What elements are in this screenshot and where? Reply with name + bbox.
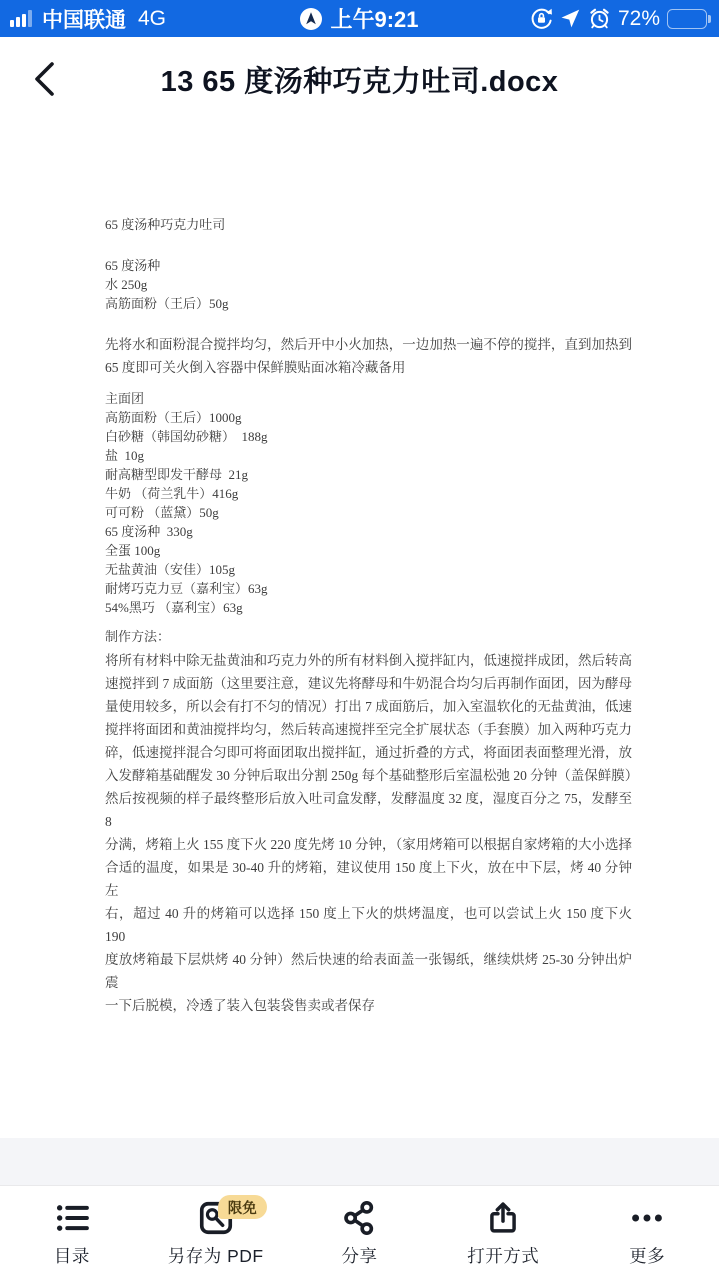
orientation-lock-icon [530, 7, 553, 30]
bottom-toolbar: 目录 限免 另存为 PDF 分享 [0, 1185, 719, 1280]
doc-blank-line [105, 313, 632, 333]
battery-percent-label: 72% [618, 7, 660, 31]
doc-line: 然后按视频的样子最终整形后放入吐司盒发酵，发酵温度 32 度，湿度百分之 75，… [105, 787, 632, 833]
doc-line: 65 度汤种 330g [105, 522, 632, 541]
navigation-circle-icon [300, 8, 322, 30]
toolbar-item-share[interactable]: 分享 [288, 1186, 432, 1280]
doc-blank-line [105, 234, 632, 256]
toolbar-item-label: 分享 [341, 1243, 377, 1268]
toolbar-item-more[interactable]: 更多 [575, 1186, 719, 1280]
share-nodes-icon [340, 1199, 378, 1237]
screen: 中国联通 4G 上午9:21 [0, 0, 719, 1280]
chevron-left-icon [33, 61, 55, 97]
doc-line: 65 度即可关火倒入容器中保鲜膜贴面冰箱冷藏备用 [105, 356, 632, 379]
doc-line: 合适的温度，如果是 30-40 升的烤箱，建议使用 150 度上下火，放在中下层… [105, 856, 632, 902]
doc-line: 先将水和面粉混合搅拌均匀，然后开中小火加热，一边加热一遍不停的搅拌，直到加热到 [105, 333, 632, 356]
free-badge: 限免 [218, 1195, 267, 1219]
doc-line: 一下后脱模，冷透了装入包装袋售卖或者保存 [105, 994, 632, 1017]
doc-line: 全蛋 100g [105, 541, 632, 560]
back-button[interactable] [18, 37, 70, 121]
toolbar-item-open-with[interactable]: 打开方式 [431, 1186, 575, 1280]
time-label: 上午9:21 [330, 3, 418, 34]
doc-line: 度放烤箱最下层烘烤 40 分钟）然后快速的给表面盖一张锡纸，继续烘烤 25-30… [105, 948, 632, 994]
viewer-background-strip [0, 1138, 719, 1185]
doc-page[interactable]: 65 度汤种巧克力吐司65 度汤种水 250g高筋面粉（王后）50g先将水和面粉… [0, 121, 719, 1138]
doc-line: 牛奶 （荷兰乳牛）416g [105, 484, 632, 503]
doc-line: 水 250g [105, 275, 632, 294]
doc-line: 碎，低速搅拌混合匀即可将面团取出搅拌缸，通过折叠的方式，将面团表面整理光滑，放 [105, 741, 632, 764]
doc-line: 白砂糖（韩国幼砂糖） 188g [105, 427, 632, 446]
doc-line: 54%黑巧 （嘉利宝）63g [105, 598, 632, 617]
doc-blank-line [105, 617, 632, 627]
location-arrow-icon [560, 8, 581, 29]
doc-line: 将所有材料中除无盐黄油和巧克力外的所有材料倒入搅拌缸内，低速搅拌成团，然后转高 [105, 649, 632, 672]
toc-list-icon [53, 1199, 91, 1237]
doc-line: 可可粉 （蓝黛）50g [105, 503, 632, 522]
doc-line: 高筋面粉（王后）50g [105, 294, 632, 313]
more-dots-icon [628, 1199, 666, 1237]
toolbar-item-label: 更多 [629, 1243, 665, 1268]
doc-blank-line [105, 379, 632, 389]
doc-line: 分满，烤箱上火 155 度下火 220 度先烤 10 分钟，（家用烤箱可以根据自… [105, 833, 632, 856]
status-right-group: 72% [530, 0, 713, 37]
doc-line: 盐 10g [105, 446, 632, 465]
doc-line: 65 度汤种 [105, 256, 632, 275]
doc-line: 量使用较多，所以会有打不匀的情况）打出 7 成面筋后，加入室温软化的无盐黄油，低… [105, 695, 632, 718]
document-title: 13 65 度汤种巧克力吐司.docx [161, 59, 559, 100]
doc-line: 耐高糖型即发干酵母 21g [105, 465, 632, 484]
status-bar: 中国联通 4G 上午9:21 [0, 0, 719, 37]
toolbar-item-label: 另存为 PDF [168, 1243, 264, 1268]
doc-text-block: 65 度汤种巧克力吐司65 度汤种水 250g高筋面粉（王后）50g先将水和面粉… [105, 215, 632, 1017]
toolbar-item-label: 目录 [54, 1243, 90, 1268]
battery-icon [667, 8, 713, 29]
toolbar-item-toc[interactable]: 目录 [0, 1186, 144, 1280]
doc-line: 耐烤巧克力豆（嘉利宝）63g [105, 579, 632, 598]
doc-line: 主面团 [105, 389, 632, 408]
toolbar-item-save-pdf[interactable]: 限免 另存为 PDF [144, 1186, 288, 1280]
doc-line: 右，超过 40 升的烤箱可以选择 150 度上下火的烘烤温度，也可以尝试上火 1… [105, 902, 632, 948]
doc-line: 无盐黄油（安佳）105g [105, 560, 632, 579]
doc-line: 入发酵箱基础醒发 30 分钟后取出分割 250g 每个基础整形后室温松弛 20 … [105, 764, 632, 787]
doc-line: 速搅拌到 7 成面筋（这里要注意，建议先将酵母和牛奶混合均匀后再制作面团，因为酵… [105, 672, 632, 695]
alarm-clock-icon [588, 7, 611, 30]
open-with-icon [484, 1199, 522, 1237]
doc-line: 制作方法： [105, 627, 632, 646]
doc-line: 65 度汤种巧克力吐司 [105, 215, 632, 234]
doc-line: 高筋面粉（王后）1000g [105, 408, 632, 427]
nav-bar: 13 65 度汤种巧克力吐司.docx [0, 37, 719, 122]
toolbar-item-label: 打开方式 [467, 1243, 539, 1268]
doc-line: 搅拌将面团和黄油搅拌均匀，然后转高速搅拌至完全扩展状态（手套膜）加入两种巧克力 [105, 718, 632, 741]
